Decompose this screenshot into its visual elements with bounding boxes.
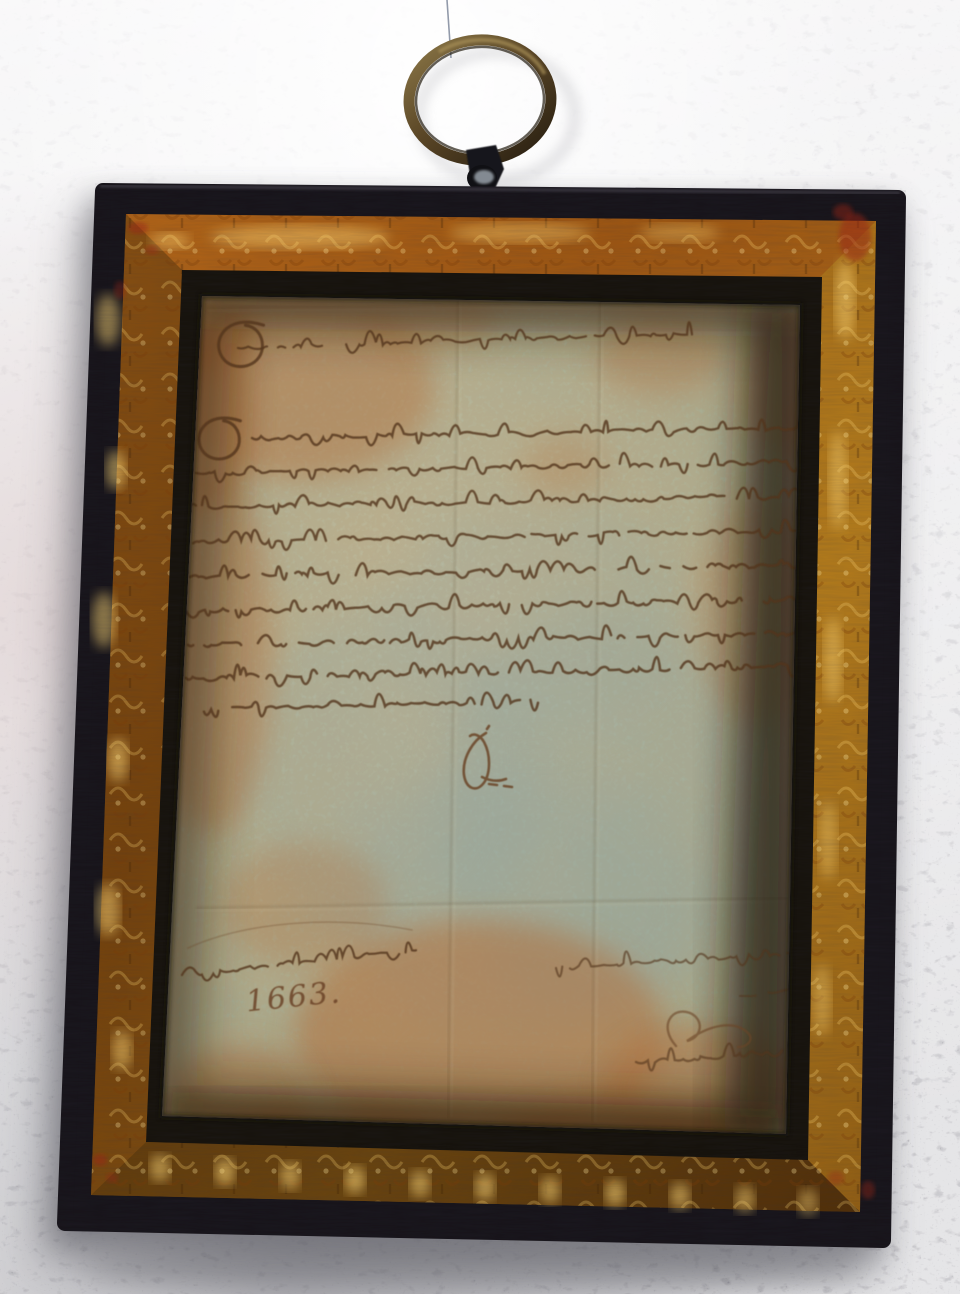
ring-knob-silver-clip <box>474 170 494 184</box>
scene-svg: 1663. <box>0 0 960 1294</box>
parchment: 1663. <box>136 280 868 1180</box>
photo-of-framed-letter: 1663. <box>0 0 960 1294</box>
frame-shadow-bottom-streak <box>80 1242 860 1294</box>
